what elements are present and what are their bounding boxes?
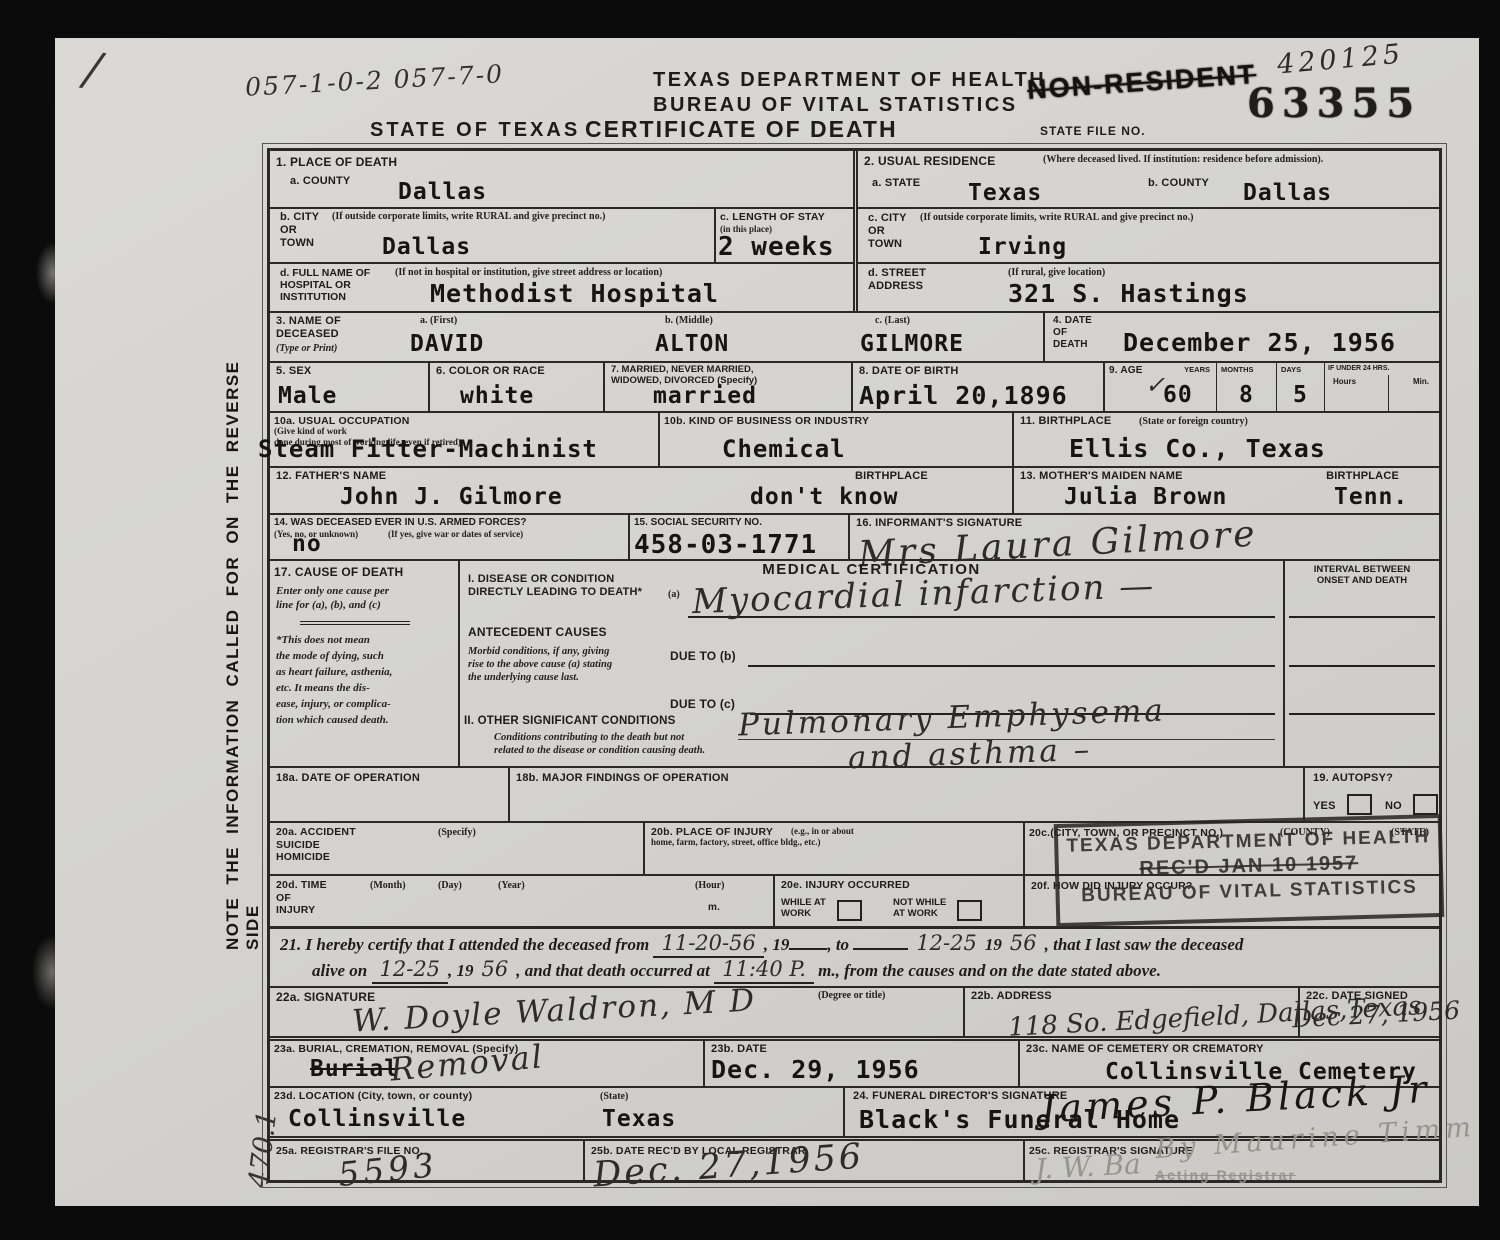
non-resident-stamp: NON-RESIDENT [1026,58,1257,106]
middle-name-value: ALTON [655,333,729,356]
hospital-value: Methodist Hospital [430,281,719,306]
section-usual-residence: 2. USUAL RESIDENCE (Where deceased lived… [853,151,1439,311]
section-mother: 13. MOTHER'S MAIDEN NAME BIRTHPLACE Juli… [1012,468,1439,513]
residence-city-value: Irving [978,236,1067,259]
header-file-label: STATE FILE NO. [1040,124,1146,138]
section-certification-statement: 21. I hereby certify that I attended the… [270,926,1439,986]
age-months-value: 8 [1239,384,1254,407]
section-age: 9. AGE YEARS ✓ 60 MONTHS 8 DAYS 5 IF U [1103,363,1439,411]
section-autopsy: 19. AUTOPSY? YES NO [1303,768,1439,821]
section-burial: 23a. BURIAL, CREMATION, REMOVAL (Specify… [270,1041,703,1086]
while-at-work-checkbox [837,900,862,921]
burial-city-value: Collinsville [288,1108,466,1131]
margin-vertical-note: NOTE THE INFORMATION CALLED FOR ON THE R… [223,310,263,950]
section-injury-occurred: 20e. INJURY OCCURRED WHILE AT WORK NOT W… [773,876,1023,926]
section-time-of-injury: 20d. TIME OF INJURY (Month) (Day) (Year)… [270,876,773,926]
header-bureau: BUREAU OF VITAL STATISTICS [653,93,1018,117]
section-date-recd: 25b. DATE REC'D BY LOCAL REGISTRAR Dec. … [583,1141,1023,1180]
county-value: Dallas [398,181,487,204]
last-name-value: GILMORE [860,333,964,356]
sex-value: Male [278,385,337,408]
marital-value: married [653,385,757,408]
header-state: STATE OF TEXAS [370,118,580,142]
section-burial-date: 23b. DATE Dec. 29, 1956 [703,1041,1018,1086]
registrar-signature-value: J. W. Ba [1034,1150,1141,1183]
acting-registrar-stamp: Acting Registrar [1155,1167,1296,1183]
city-label: b. CITY OR TOWN [280,211,319,251]
death-time-value: 11:40 P. [714,957,814,984]
burial-state-value: Texas [602,1108,676,1131]
section-industry: 10b. KIND OF BUSINESS OR INDUSTRY Chemic… [658,413,1012,466]
alive-on-year: 56 [474,957,517,982]
autopsy-no-checkbox [1413,794,1438,815]
section-birthplace: 11. BIRTHPLACE (State or foreign country… [1012,413,1439,466]
section-interval-column: INTERVAL BETWEEN ONSET AND DEATH [1283,561,1439,766]
date-of-birth-value: April 20,1896 [859,383,1068,408]
birthplace-value: Ellis Co., Texas [1069,436,1326,461]
alive-on-value: 12-25 [372,957,449,984]
section-medical-certification: MEDICAL CERTIFICATION I. DISEASE OR COND… [458,561,1283,766]
date-of-death-value: December 25, 1956 [1123,330,1396,355]
age-days-value: 5 [1293,384,1308,407]
certificate-form: 1. PLACE OF DEATH a. COUNTY Dallas b. CI… [267,148,1442,1183]
scanned-death-certificate: ∕ 057-1-0-2 057-7-0 TEXAS DEPARTMENT OF … [0,0,1500,1240]
length-of-stay-value: 2 weeks [718,234,835,260]
section-accident: 20a. ACCIDENT SUICIDE HOMICIDE (Specify) [270,823,643,874]
section-date-of-death: 4. DATE OF DEATH December 25, 1956 [1043,313,1439,361]
father-name-value: John J. Gilmore [340,486,563,509]
race-value: white [460,385,534,408]
attended-to-value: 12-25 [908,931,985,956]
section-name-of-deceased: 3. NAME OF DECEASED (Type or Print) a. (… [270,313,1043,361]
corner-mark: ∕ [82,45,104,93]
father-birthplace-value: don't know [750,486,898,509]
section-father: 12. FATHER'S NAME BIRTHPLACE John J. Gil… [270,468,1012,513]
header-department: TEXAS DEPARTMENT OF HEALTH [653,68,1046,92]
section-date-of-birth: 8. DATE OF BIRTH April 20,1896 [851,363,1103,411]
section-marital-status: 7. MARRIED, NEVER MARRIED, WIDOWED, DIVO… [603,363,851,411]
received-stamp: TEXAS DEPARTMENT OF HEALTH REC'D JAN 10 … [1054,814,1445,927]
section-registrar-file-no: 25a. REGISTRAR'S FILE NO. 5593 [270,1141,583,1180]
section-date-of-operation: 18a. DATE OF OPERATION [270,768,508,821]
header-title: CERTIFICATE OF DEATH [585,116,898,144]
mother-name-value: Julia Brown [1064,486,1227,509]
age-years-value: 60 [1163,384,1193,407]
ssn-value: 458-03-1771 [634,532,817,558]
section-color-race: 6. COLOR OR RACE white [428,363,603,411]
other-conditions-value-1: Pulmonary Emphysema [738,696,1167,742]
state-file-no-handwritten: 420125 [1276,41,1405,79]
first-name-value: DAVID [410,333,484,356]
section-informant: 16. INFORMANT'S SIGNATURE Mrs Laura Gilm… [848,515,1439,559]
street-address-value: 321 S. Hastings [1008,281,1249,306]
certificate-paper: ∕ 057-1-0-2 057-7-0 TEXAS DEPARTMENT OF … [55,38,1479,1206]
section-place-of-injury: 20b. PLACE OF INJURY (e.g., in or about … [643,823,1023,874]
attended-from-value: 11-20-56 [653,931,763,958]
registrar-file-no-value: 5593 [337,1148,440,1191]
autopsy-yes-checkbox [1347,794,1372,815]
residence-state-value: Texas [968,182,1042,205]
burial-date-value: Dec. 29, 1956 [711,1057,920,1082]
header-handwritten-codes: 057-1-0-2 057-7-0 [245,61,505,100]
occupation-value: Steam Fitter-Machinist [258,437,598,461]
section-armed-forces: 14. WAS DECEASED EVER IN U.S. ARMED FORC… [270,515,628,559]
residence-county-value: Dallas [1243,182,1332,205]
section-sex: 5. SEX Male [270,363,428,411]
section-ssn: 15. SOCIAL SECURITY NO. 458-03-1771 [628,515,848,559]
section-burial-location: 23d. LOCATION (City, town, or county) (S… [270,1088,843,1136]
not-while-at-work-checkbox [957,900,982,921]
armed-forces-value: no [292,533,322,556]
city-value: Dallas [382,236,471,259]
attended-to-year: 56 [1002,931,1045,956]
burial-typed-value: Burial [310,1058,399,1081]
state-file-no-stamped: 63355 [1247,80,1421,127]
mother-birthplace-value: Tenn. [1334,486,1408,509]
section-registrar-signature: 25c. REGISTRAR'S SIGNATURE J. W. Ba By M… [1023,1141,1439,1180]
section-place-of-death: 1. PLACE OF DEATH a. COUNTY Dallas b. CI… [270,151,853,311]
section-cause-of-death-notes: 17. CAUSE OF DEATH Enter only one cause … [270,561,458,766]
section-occupation: 10a. USUAL OCCUPATION (Give kind of work… [270,413,658,466]
section-major-findings: 18b. MAJOR FINDINGS OF OPERATION [508,768,1303,821]
county-label: a. COUNTY [290,175,350,188]
industry-value: Chemical [722,437,846,461]
